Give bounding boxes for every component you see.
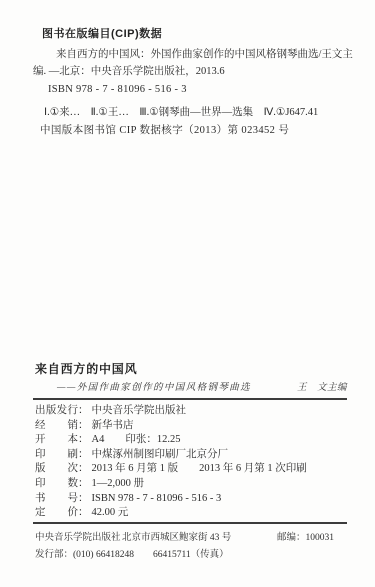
divider-top — [33, 398, 347, 400]
book-subtitle: ——外国作曲家创作的中国风格钢琴曲选 — [57, 379, 251, 393]
pub-value: ISBN 978 - 7 - 81096 - 516 - 3 — [92, 492, 222, 507]
cip-classification: Ⅰ.①来… Ⅱ.①王… Ⅲ.①钢琴曲—世界—选集 Ⅳ.①J647.41 — [44, 104, 318, 119]
pub-value: 2013 年 6 月第 1 版 2013 年 6 月第 1 次印刷 — [92, 462, 307, 477]
pub-colon: ： — [78, 448, 89, 463]
editor-name: 王 文主编 — [297, 379, 347, 393]
pub-label: 印数 — [35, 477, 78, 492]
pub-row-printer: 印刷：中煤涿州制图印刷厂北京分厂 — [35, 448, 347, 463]
pub-value: 中央音乐学院出版社 — [92, 404, 187, 419]
pub-label: 定价 — [35, 506, 78, 521]
footer-address: 北京市西城区鲍家街 43 号 — [122, 529, 231, 543]
pub-colon: ： — [78, 462, 89, 477]
subtitle-row: ——外国作曲家创作的中国风格钢琴曲选 王 文主编 — [57, 379, 347, 393]
pub-label: 书号 — [35, 492, 78, 507]
divider-bottom — [33, 522, 347, 524]
pub-row-price: 定价：42.00 元 — [35, 506, 347, 521]
pub-colon: ： — [78, 404, 89, 419]
footer-distribution-phone: 发行部：(010) 66418248 66415711（传真） — [35, 546, 229, 560]
pub-row-print-run: 印数：1—2,000 册 — [35, 477, 347, 492]
pub-value: 新华书店 — [92, 419, 134, 434]
pub-colon: ： — [78, 492, 89, 507]
pub-colon: ： — [78, 477, 89, 492]
pub-label: 出版发行 — [35, 404, 78, 419]
pub-value: 42.00 元 — [92, 506, 129, 521]
pub-label: 印刷 — [35, 448, 78, 463]
pub-value: 1—2,000 册 — [92, 477, 145, 492]
cip-isbn: ISBN 978 - 7 - 81096 - 516 - 3 — [48, 84, 187, 95]
copyright-page: 图书在版编目(CIP)数据 来自西方的中国风：外国作曲家创作的中国风格钢琴曲选/… — [0, 0, 375, 587]
pub-row-distributor: 经销：新华书店 — [35, 419, 347, 434]
publication-details: 出版发行：中央音乐学院出版社 经销：新华书店 开本：A4 印张：12.25 印刷… — [35, 404, 347, 521]
book-title: 来自西方的中国风 — [35, 360, 137, 377]
pub-row-isbn: 书号：ISBN 978 - 7 - 81096 - 516 - 3 — [35, 492, 347, 507]
pub-colon: ： — [78, 506, 89, 521]
cip-bibliographic-line-2: 编. —北京：中央音乐学院出版社，2013.6 — [33, 63, 225, 78]
pub-label: 版次 — [35, 462, 78, 477]
pub-label: 开本 — [35, 433, 78, 448]
pub-colon: ： — [78, 419, 89, 434]
footer-postcode: 邮编：100031 — [277, 529, 334, 543]
pub-value: A4 印张：12.25 — [92, 433, 181, 448]
pub-colon: ： — [78, 433, 89, 448]
pub-row-format: 开本：A4 印张：12.25 — [35, 433, 347, 448]
pub-label: 经销 — [35, 419, 78, 434]
footer-publisher: 中央音乐学院出版社 — [35, 529, 121, 543]
cip-bibliographic-line-1: 来自西方的中国风：外国作曲家创作的中国风格钢琴曲选/王文主 — [56, 46, 353, 61]
pub-row-publisher: 出版发行：中央音乐学院出版社 — [35, 404, 347, 419]
pub-value: 中煤涿州制图印刷厂北京分厂 — [92, 448, 229, 463]
pub-row-edition: 版次：2013 年 6 月第 1 版 2013 年 6 月第 1 次印刷 — [35, 462, 347, 477]
cip-record-number: 中国版本图书馆 CIP 数据核字（2013）第 023452 号 — [40, 122, 289, 137]
cip-header: 图书在版编目(CIP)数据 — [42, 25, 162, 41]
